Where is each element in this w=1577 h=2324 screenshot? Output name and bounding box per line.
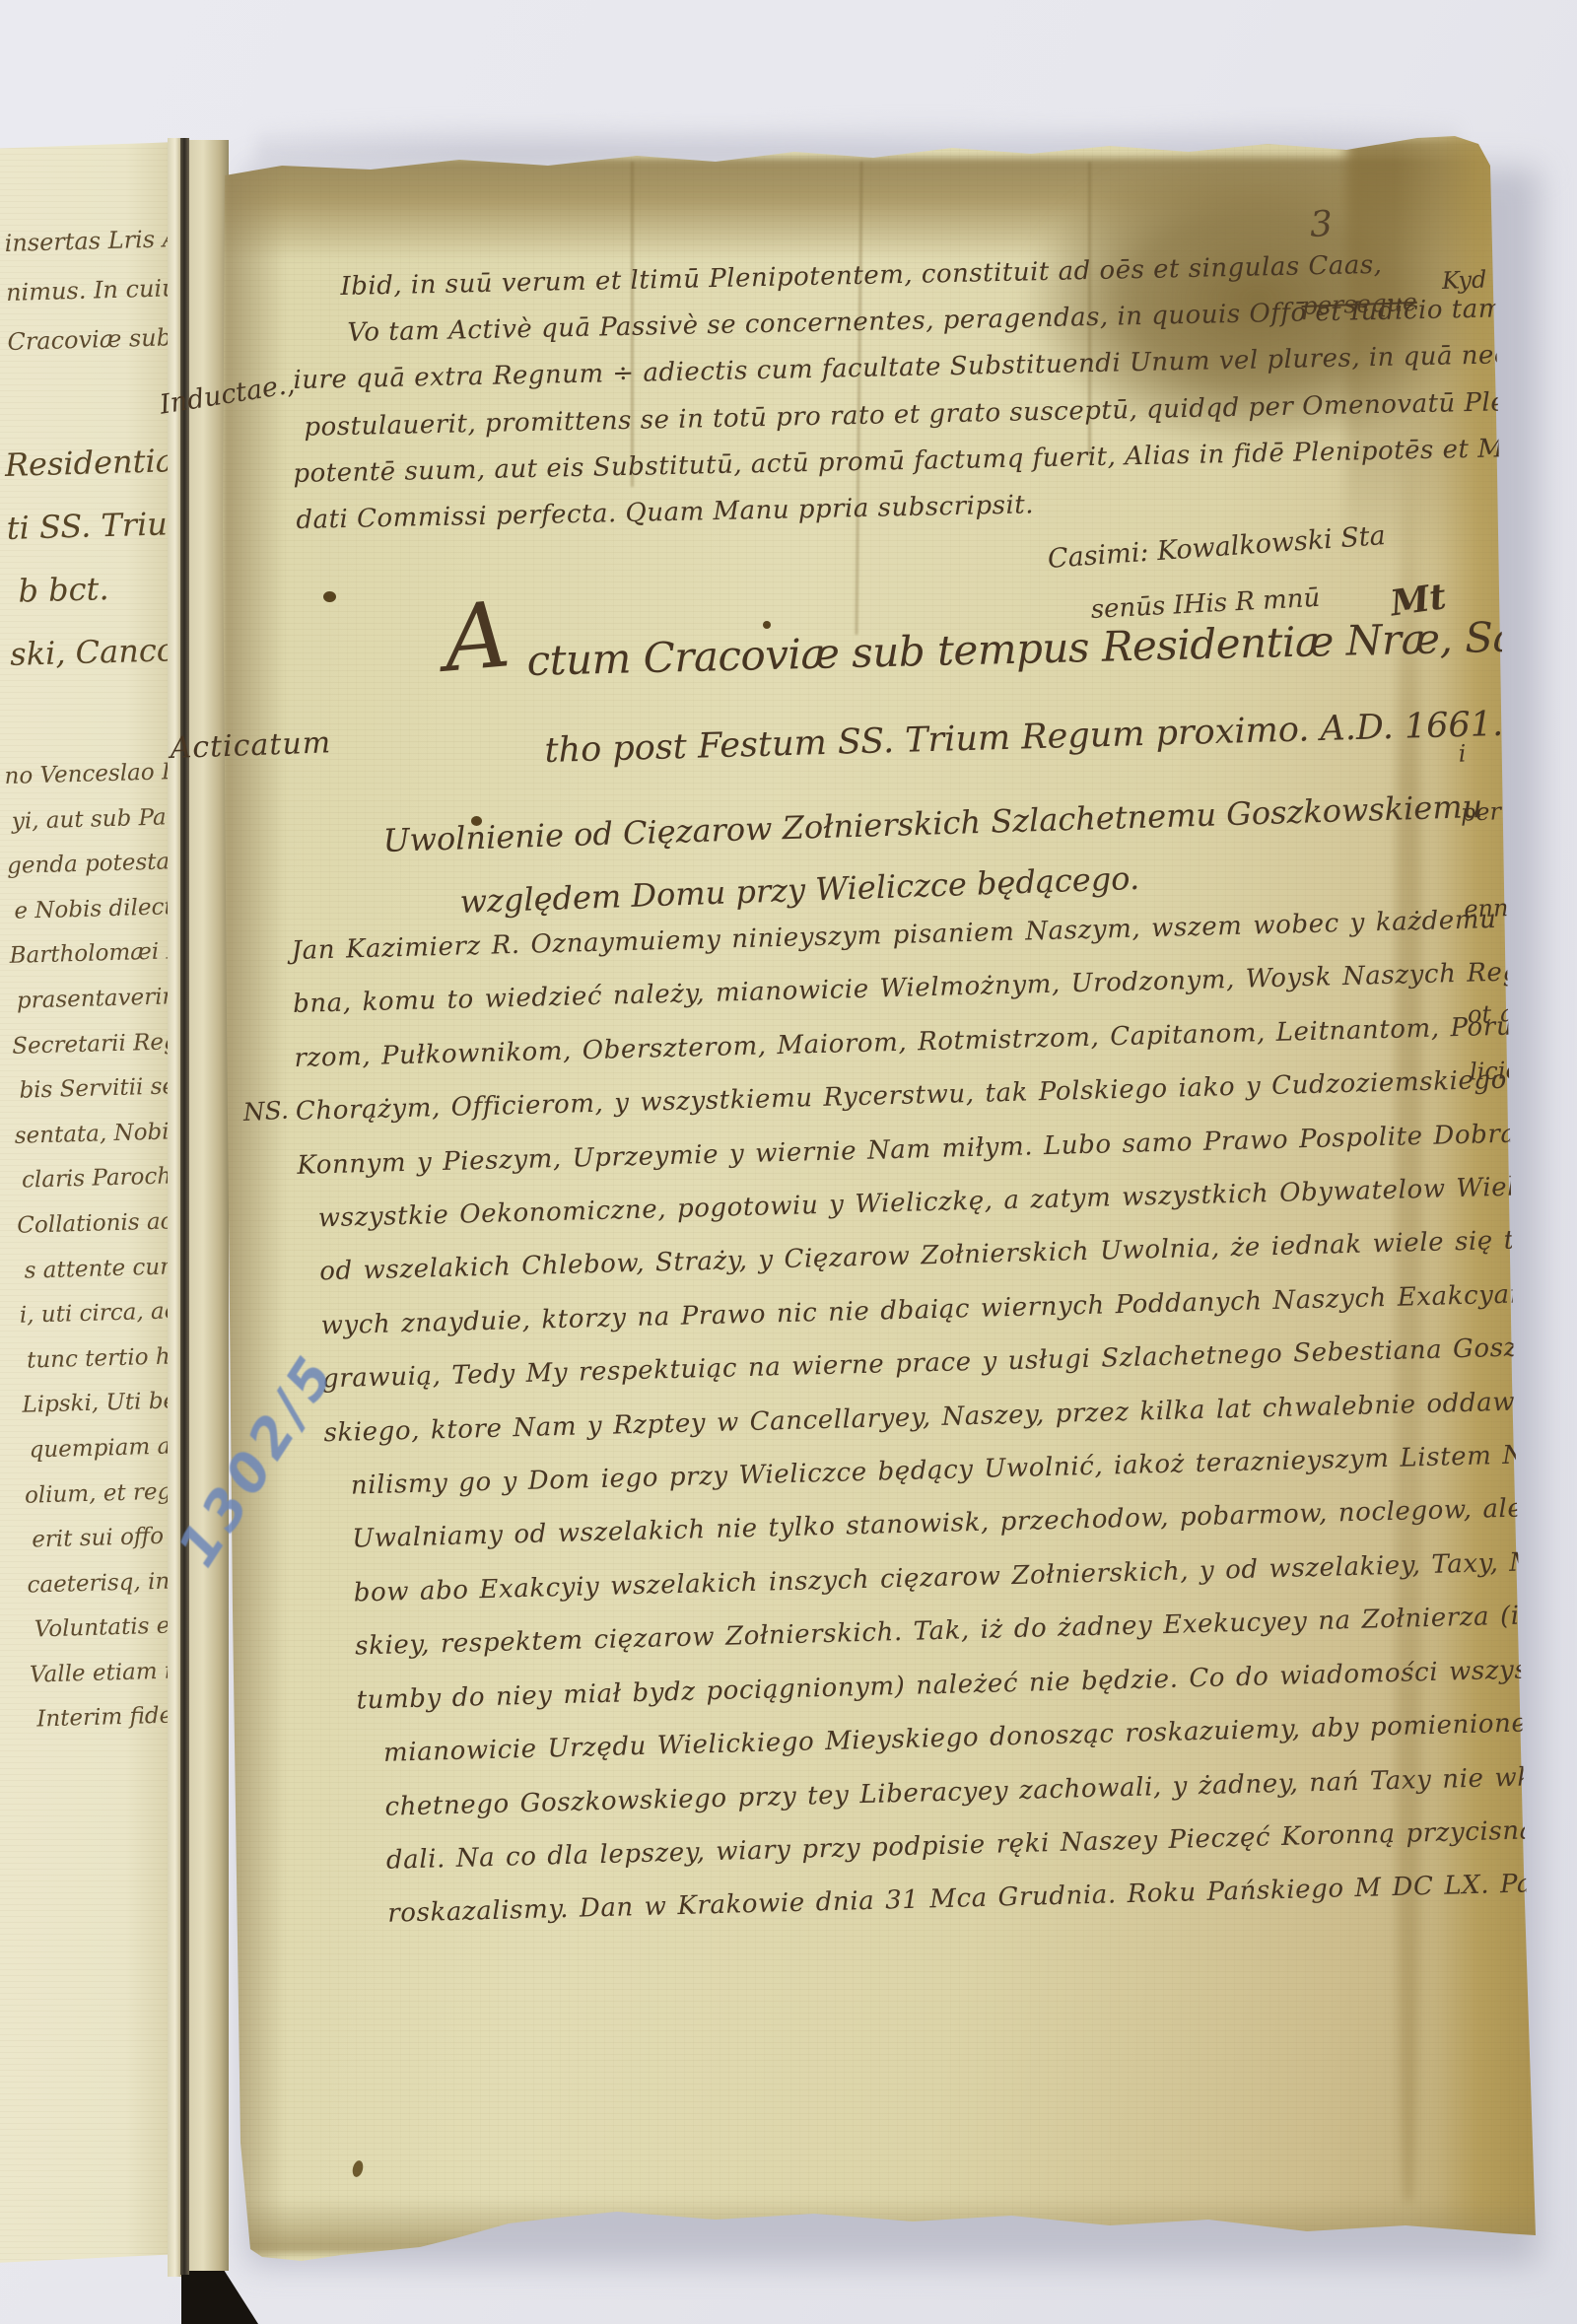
heading-initial-capital: A xyxy=(440,581,514,692)
heading-line-2: tho post Festum SS. Trium Regum proximo.… xyxy=(544,705,1504,771)
notary-signature-line-1: Casimi: Kowalkowski Sta xyxy=(1047,520,1387,575)
heading-line-1: ctum Cracoviæ sub tempus Residentiæ Nræ,… xyxy=(526,610,1577,685)
margin-note-acticatum: Acticatum xyxy=(170,725,332,766)
handwriting-layer: 3 Ibid, in suū verum et ltimū Plenipoten… xyxy=(0,0,1577,2324)
struck-through-word: perseque xyxy=(1301,288,1417,320)
margin-note-ns: NS. xyxy=(242,1096,290,1127)
body-paragraph: Jan Kazimierz R. Oznaymuiemy ninieyszym … xyxy=(291,887,1577,1944)
entry-title-line-1: Uwolnienie od Cięzarow Zołnierskich Szla… xyxy=(382,787,1483,859)
margin-note-inductae: Inductae., xyxy=(158,369,297,420)
page-number: 3 xyxy=(1309,204,1334,245)
archival-manuscript-photo: { "document": { "page_number": "3", "blu… xyxy=(0,0,1577,2324)
latin-paragraph: Ibid, in suū verum et ltimū Plenipotente… xyxy=(340,237,1577,543)
